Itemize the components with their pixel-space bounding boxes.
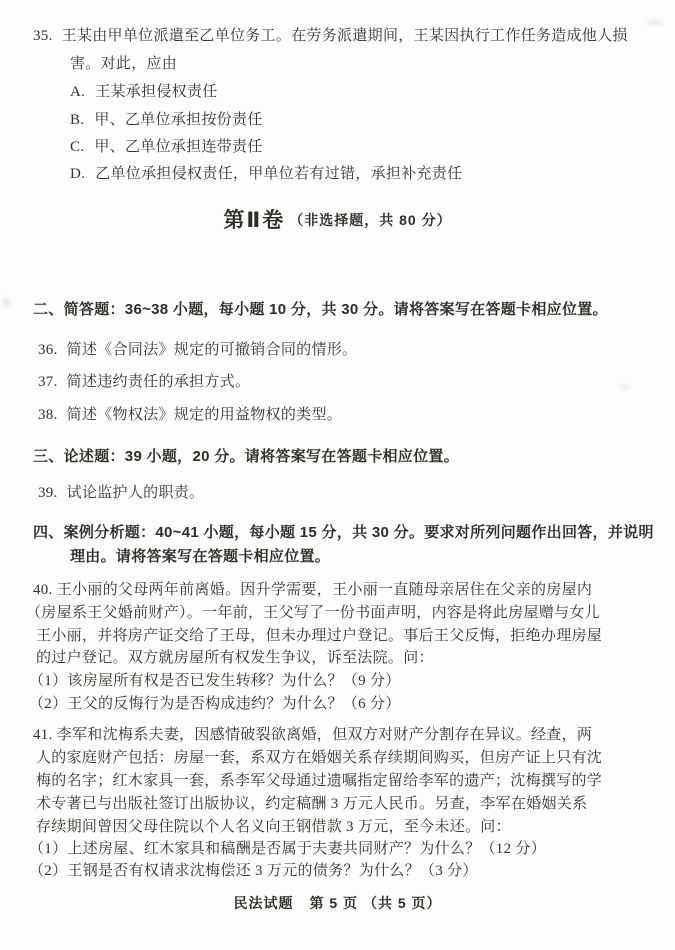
question-35-stem-line-2: 害。对此，应由 (70, 54, 177, 74)
option-c-label: C. (70, 137, 84, 157)
question-40-line: 王小丽，并将房产证交给了王母，但未办理过户登记。事后王父反悔，拒绝办理房屋 (36, 626, 602, 646)
option-b-text: 甲、乙单位承担按份责任 (94, 112, 262, 128)
footer-exam-name: 民法试题 (233, 895, 293, 911)
question-35-option-c: C.甲、乙单位承担连带责任 (70, 137, 263, 157)
question-40-subquestion-2: （2）王父的反悔行为是否构成违约？为什么？（6 分） (29, 694, 401, 714)
question-40-line: 40. 王小丽的父母两年前离婚。因升学需要，王小丽一直随母亲居住在父亲的房屋内 (33, 580, 592, 600)
page-footer: 民法试题第 5 页 （共 5 页） (0, 893, 675, 913)
question-39-text: 试论监护人的职责。 (67, 485, 205, 501)
question-41-line: 41. 李军和沈梅系夫妻，因感情破裂欲离婚，但双方对财产分割存在异议。经查，两 (33, 725, 592, 745)
question-41-line: 术专著已与出版社签订出版协议，约定稿酬 3 万元人民币。另查，李军在婚姻关系 (36, 794, 587, 814)
footer-page-number: 第 5 页 （共 5 页） (309, 895, 441, 911)
question-40-subquestion-1: （1）该房屋所有权是否已发生转移？为什么？（9 分） (29, 671, 401, 691)
part-2-subtitle: （非选择题，共 80 分） (289, 212, 451, 228)
question-35-stem-text: 王某由甲单位派遣至乙单位务工。在劳务派遣期间，王某因执行工作任务造成他人损 (62, 28, 628, 44)
question-36: 36.简述《合同法》规定的可撤销合同的情形。 (38, 340, 357, 360)
question-41-line: 梅的名字；红木家具一套，系李军父母通过遗嘱指定留给李军的遗产；沈梅撰写的学 (36, 771, 602, 791)
question-35-option-b: B.甲、乙单位承担按份责任 (70, 110, 263, 130)
question-35-option-d: D.乙单位承担侵权责任，甲单位若有过错，承担补充责任 (70, 164, 462, 184)
question-40-line: 的过户登记。双方就房屋所有权发生争议，诉至法院。问： (36, 648, 434, 668)
question-41-line: 人的家庭财产包括：房屋一套，系双方在婚姻关系存续期间购买，但房产证上只有沈 (36, 748, 602, 768)
question-37-text: 简述违约责任的承担方式。 (67, 374, 251, 390)
question-38-text: 简述《物权法》规定的用益物权的类型。 (67, 407, 342, 423)
question-41-subquestion-1: （1）上述房屋、红木家具和稿酬是否属于夫妻共同财产？为什么？（12 分） (29, 839, 546, 859)
section-4-heading-line-1: 四、案例分析题：40~41 小题，每小题 15 分，共 30 分。要求对所列问题… (33, 523, 654, 543)
scan-artifact (620, 385, 630, 389)
option-d-text: 乙单位承担侵权责任，甲单位若有过错，承担补充责任 (95, 166, 462, 182)
question-36-text: 简述《合同法》规定的可撤销合同的情形。 (67, 342, 358, 358)
question-39-number: 39. (38, 483, 58, 503)
option-a-text: 王某承担侵权责任 (95, 84, 217, 100)
question-38-number: 38. (38, 405, 58, 425)
question-39: 39.试论监护人的职责。 (38, 483, 204, 503)
option-b-label: B. (70, 110, 84, 130)
scan-artifact (646, 20, 664, 25)
question-38: 38.简述《物权法》规定的用益物权的类型。 (38, 405, 342, 425)
question-37-number: 37. (38, 372, 58, 392)
scan-artifact (2, 297, 10, 307)
question-36-number: 36. (38, 340, 58, 360)
question-35-number: 35. (33, 26, 53, 46)
part-2-title: 第Ⅱ卷 (223, 209, 285, 232)
question-41-line: 存续期间曾因父母住院以个人名义向王钢借款 3 万元，至今未还。问： (36, 817, 511, 837)
option-c-text: 甲、乙单位承担连带责任 (94, 139, 262, 155)
section-3-heading: 三、论述题：39 小题，20 分。请将答案写在答题卡相应位置。 (33, 447, 459, 467)
question-41-subquestion-2: （2）王钢是否有权请求沈梅偿还 3 万元的债务？为什么？（3 分） (29, 861, 478, 881)
option-d-label: D. (70, 164, 85, 184)
option-a-label: A. (70, 82, 85, 102)
part-2-header: 第Ⅱ卷（非选择题，共 80 分） (0, 204, 675, 234)
section-2-heading: 二、简答题：36~38 小题，每小题 10 分，共 30 分。请将答案写在答题卡… (33, 300, 608, 320)
section-4-heading-line-2: 理由。请将答案写在答题卡相应位置。 (70, 547, 330, 567)
question-35-stem-line-1: 35.王某由甲单位派遣至乙单位务工。在劳务派遣期间，王某因执行工作任务造成他人损 (33, 26, 628, 46)
question-37: 37.简述违约责任的承担方式。 (38, 372, 250, 392)
question-40-line: （房屋系王父婚前财产）。一年前，王父写了一份书面声明，内容是将此房屋赠与女儿 (26, 603, 600, 623)
question-35-option-a: A.王某承担侵权责任 (70, 82, 218, 102)
exam-paper-page: 35.王某由甲单位派遣至乙单位务工。在劳务派遣期间，王某因执行工作任务造成他人损… (0, 0, 675, 950)
